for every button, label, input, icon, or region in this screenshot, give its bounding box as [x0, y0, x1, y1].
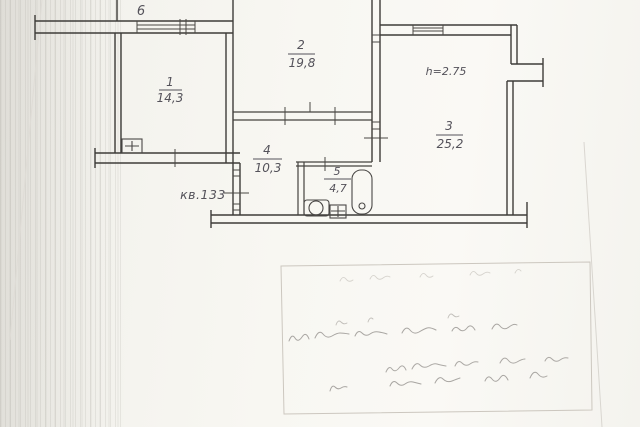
room-3-area: 25,2: [437, 137, 464, 151]
toilet-symbol: [304, 200, 329, 216]
outer-walls: [35, 0, 543, 228]
room-label-fraction-lines: [159, 54, 463, 179]
left-page-fold-line: [10, 0, 42, 340]
room-4-area: 10,3: [255, 161, 282, 175]
room-2-area: 19,8: [289, 56, 316, 70]
right-page-fold-line: [584, 142, 602, 427]
bathtub-symbol: [352, 170, 372, 214]
room-5-number: 5: [334, 165, 341, 178]
room-3-number: 3: [445, 119, 453, 133]
stamp-block: [281, 262, 592, 414]
walls: [35, 0, 543, 228]
handwriting-illegible: [289, 269, 568, 391]
vent-shaft-symbol: [122, 139, 142, 153]
apartment-number-label: кв.133: [180, 187, 226, 202]
door-opening-ticks: [175, 102, 388, 193]
room-5-area: 4,7: [329, 182, 347, 195]
ceiling-height-note: h=2.75: [426, 65, 467, 78]
scanned-floor-plan-page: 6 1 14,3 2 19,8 h=2.75 3 25,2 4 10,3 5 4…: [0, 0, 640, 427]
sink-symbol: [330, 205, 346, 218]
floor-plan-drawing: 6 1 14,3 2 19,8 h=2.75 3 25,2 4 10,3 5 4…: [0, 0, 640, 427]
room-4-number: 4: [263, 143, 271, 157]
room-6-number: 6: [137, 4, 145, 19]
stamp-box-border: [281, 262, 592, 414]
room-1-area: 14,3: [157, 91, 184, 105]
room-2-number: 2: [297, 38, 305, 52]
room-1-number: 1: [166, 75, 174, 89]
